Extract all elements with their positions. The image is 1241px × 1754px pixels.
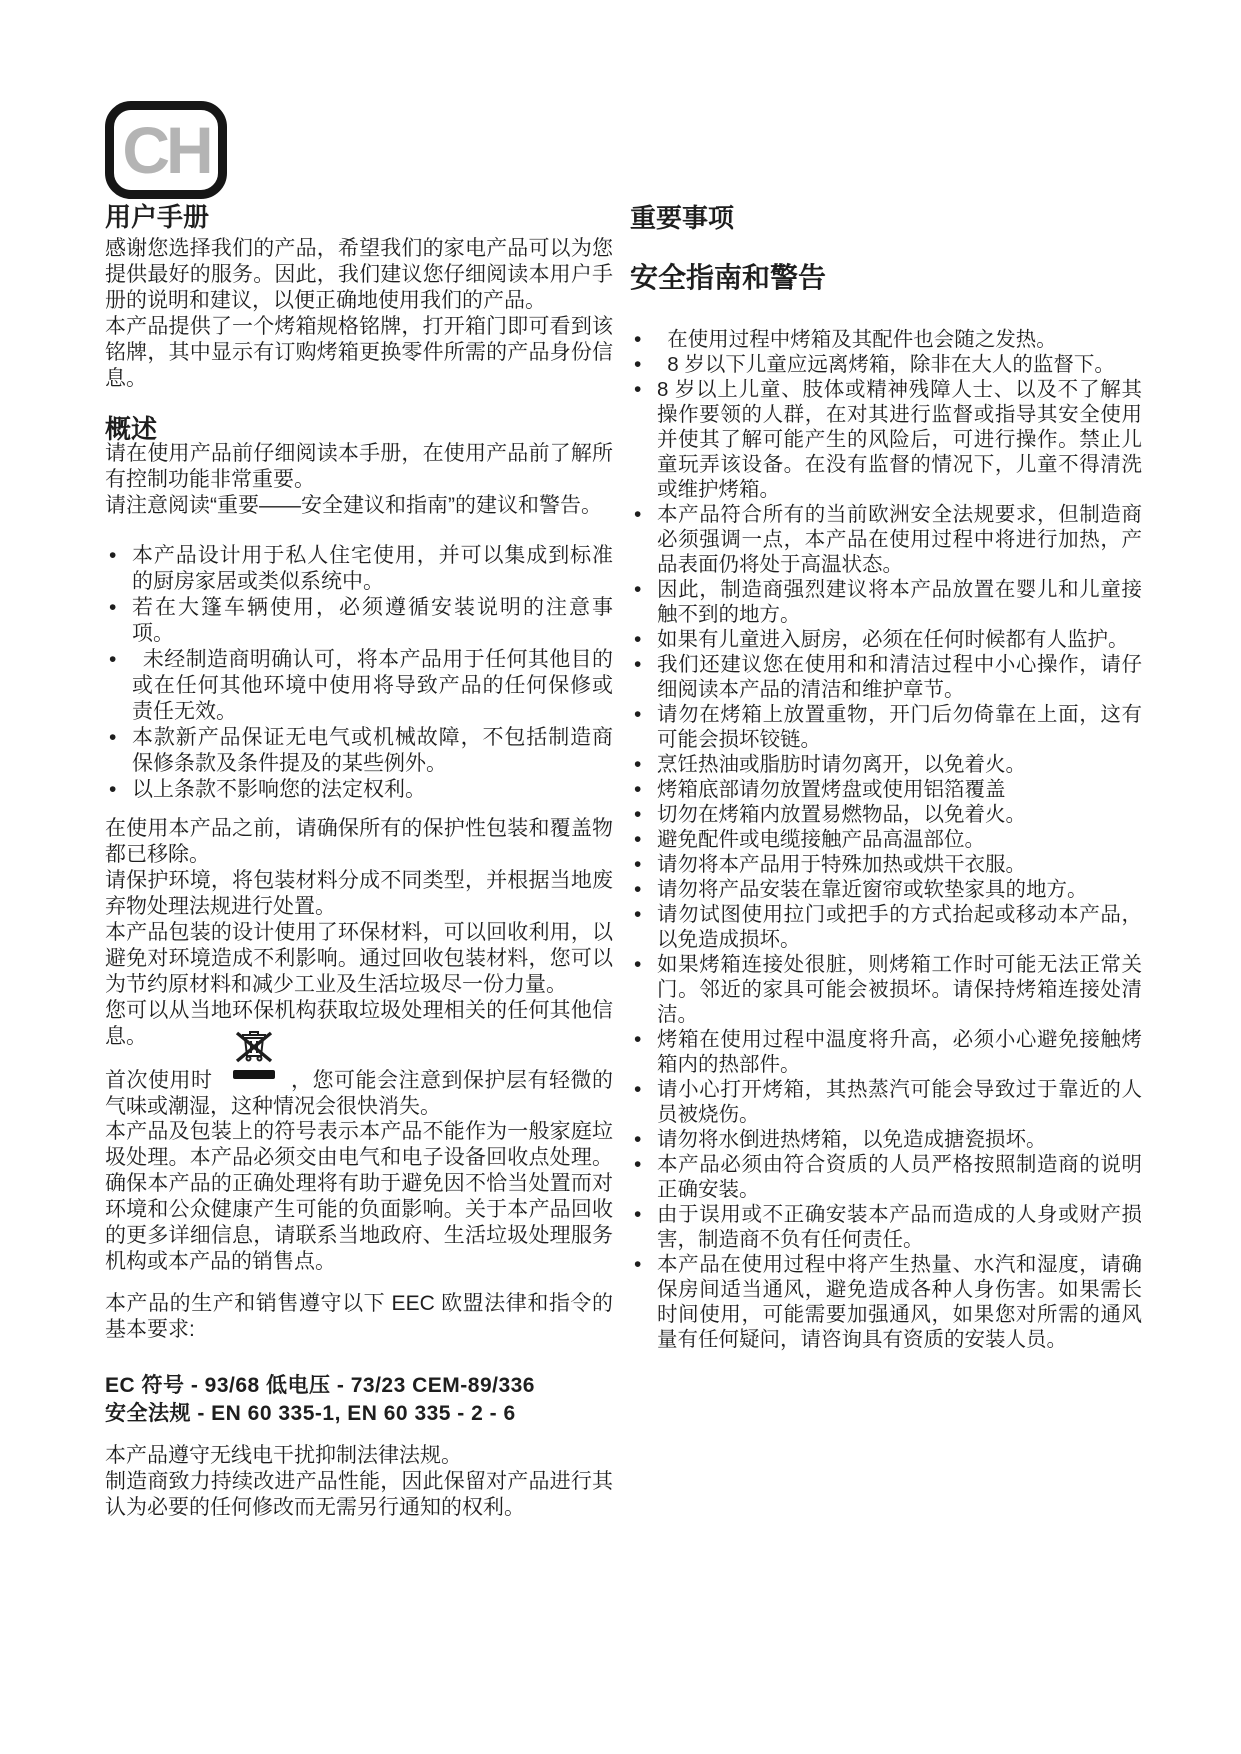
safety-guidelines-title: 安全指南和警告 [630,262,1142,294]
packaging-section: 在使用本产品之前，请确保所有的保护性包装和覆盖物都已移除。 请保护环境，将包装材… [105,816,613,1050]
list-item: 避免配件或电缆接触产品高温部位。 [630,827,1142,852]
list-item: 请勿将水倒进热烤箱，以免造成搪瓷损坏。 [630,1127,1142,1152]
manual-page: CH 用户手册 感谢您选择我们的产品，希望我们的家电产品可以为您提供最好的服务。… [0,0,1241,1754]
list-item: 本款新产品保证无电气或机械故障，不包括制造商保修条款及条件提及的某些例外。 [105,725,613,777]
safety-bullet-list: 在使用过程中烤箱及其配件也会随之发热。 8 岁以下儿童应远离烤箱，除非在大人的监… [630,327,1142,1352]
list-item: 烤箱在使用过程中温度将升高，必须小心避免接触烤箱内的热部件。 [630,1027,1142,1077]
overview-section: 请在使用产品前仔细阅读本手册，在使用产品前了解所有控制功能非常重要。 请注意阅读… [105,441,613,519]
list-item: 未经制造商明确认可，将本产品用于任何其他目的或在任何其他环境中使用将导致产品的任… [105,647,613,725]
recycling-paragraph: 本产品包装的设计使用了环保材料，可以回收利用，以避免对环境造成不利影响。通过回收… [105,920,613,998]
list-item: 请勿将产品安装在靠近窗帘或软垫家具的地方。 [630,877,1142,902]
list-item: 请勿将本产品用于特殊加热或烘干衣服。 [630,852,1142,877]
list-item: 如果烤箱连接处很脏，则烤箱工作时可能无法正常关门。邻近的家具可能会被损坏。请保持… [630,952,1142,1027]
intro-section: 感谢您选择我们的产品，希望我们的家电产品可以为您提供最好的服务。因此，我们建议您… [105,236,613,392]
list-item: 烤箱底部请勿放置烤盘或使用铝箔覆盖 [630,777,1142,802]
list-item: 8 岁以下儿童应远离烤箱，除非在大人的监督下。 [630,352,1142,377]
list-item: 如果有儿童进入厨房，必须在任何时候都有人监护。 [630,627,1142,652]
overview-note-paragraph: 请注意阅读“重要——安全建议和指南”的建议和警告。 [105,493,613,519]
list-item: 请勿在烤箱上放置重物，开门后勿倚靠在上面，这有可能会损坏铰链。 [630,702,1142,752]
packaging-paragraph: 在使用本产品之前，请确保所有的保护性包装和覆盖物都已移除。 [105,816,613,868]
overview-paragraph: 请在使用产品前仔细阅读本手册，在使用产品前了解所有控制功能非常重要。 [105,441,613,493]
ec-directive-line: EC 符号 - 93/68 低电压 - 73/23 CEM-89/336 [105,1372,613,1400]
ec-directives: EC 符号 - 93/68 低电压 - 73/23 CEM-89/336 安全法… [105,1372,613,1428]
list-item: 若在大篷车辆使用，必须遵循安装说明的注意事项。 [105,595,613,647]
important-title: 重要事项 [630,203,1142,233]
list-item: 本产品设计用于私人住宅使用，并可以集成到标准的厨房家居或类似系统中。 [105,543,613,595]
first-use-prefix: 首次使用时 [105,1069,213,1092]
safety-standard-line: 安全法规 - EN 60 335-1, EN 60 335 - 2 - 6 [105,1400,613,1428]
list-item: 8 岁以上儿童、肢体或精神残障人士、以及不了解其操作要领的人群，在对其进行监督或… [630,377,1142,502]
list-item: 本产品在使用过程中将产生热量、水汽和湿度，请确保房间适当通风，避免造成各种人身伤… [630,1252,1142,1352]
list-item: 由于误用或不正确安装本产品而造成的人身或财产损害，制造商不负有任何责任。 [630,1202,1142,1252]
improvement-paragraph: 制造商致力持续改进产品性能，因此保留对产品进行其认为必要的任何修改而无需另行通知… [105,1469,613,1521]
list-item: 因此，制造商强烈建议将本产品放置在婴儿和儿童接触不到的地方。 [630,577,1142,627]
overview-title: 概述 [105,414,613,444]
weee-crossed-bin-icon [231,1030,277,1089]
first-use-paragraph: 首次使用时，您可能会注意到保护层有轻微的气味或潮湿，这种情况会很快消失。 [105,1068,613,1120]
list-item: 请小心打开烤箱，其热蒸汽可能会导致过于靠近的人员被烧伤。 [630,1077,1142,1127]
disposal-paragraph: 本产品及包装上的符号表示本产品不能作为一般家庭垃圾处理。本产品必须交由电气和电子… [105,1119,613,1275]
list-item: 烹饪热油或脂肪时请勿离开，以免着火。 [630,752,1142,777]
local-info-paragraph: 您可以从当地环保机构获取垃圾处理相关的任何其他信息。 [105,998,613,1050]
eec-compliance-paragraph: 本产品的生产和销售遵守以下 EEC 欧盟法律和指令的基本要求: [105,1291,613,1343]
list-item: 请勿试图使用拉门或把手的方式抬起或移动本产品，以免造成损坏。 [630,902,1142,952]
list-item: 切勿在烤箱内放置易燃物品，以免着火。 [630,802,1142,827]
list-item: 本产品必须由符合资质的人员严格按照制造商的说明正确安装。 [630,1152,1142,1202]
user-manual-title: 用户手册 [105,202,613,232]
radio-paragraph: 本产品遵守无线电干扰抑制法律法规。 [105,1443,613,1469]
radio-interference-section: 本产品遵守无线电干扰抑制法律法规。 制造商致力持续改进产品性能，因此保留对产品进… [105,1443,613,1521]
ch-logo: CH [105,101,227,199]
list-item: 以上条款不影响您的法定权利。 [105,777,613,803]
intro-paragraph: 感谢您选择我们的产品，希望我们的家电产品可以为您提供最好的服务。因此，我们建议您… [105,236,613,314]
list-item: 本产品符合所有的当前欧洲安全法规要求，但制造商必须强调一点，本产品在使用过程中将… [630,502,1142,577]
overview-bullet-list: 本产品设计用于私人住宅使用，并可以集成到标准的厨房家居或类似系统中。若在大篷车辆… [105,543,613,803]
list-item: 在使用过程中烤箱及其配件也会随之发热。 [630,327,1142,352]
ch-logo-text: CH [122,117,209,183]
environment-paragraph: 请保护环境，将包装材料分成不同类型，并根据当地废弃物处理法规进行处置。 [105,868,613,920]
list-item: 我们还建议您在使用和和清洁过程中小心操作，请仔细阅读本产品的清洁和维护章节。 [630,652,1142,702]
rating-plate-paragraph: 本产品提供了一个烤箱规格铭牌，打开箱门即可看到该铭牌，其中显示有订购烤箱更换零件… [105,314,613,392]
